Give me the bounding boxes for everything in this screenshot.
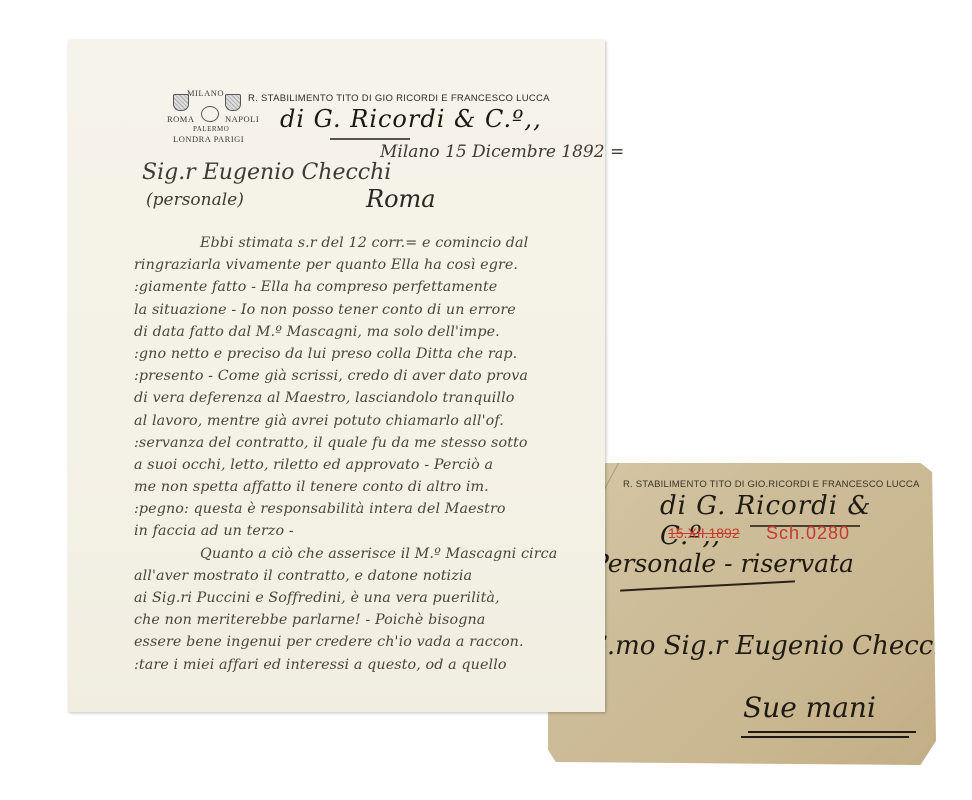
medal-icon — [201, 106, 219, 122]
letter-body-line: in faccia ad un terzo - — [134, 523, 604, 545]
letterhead-firm-name: di G. Ricordi & C.º,, — [280, 105, 542, 133]
letter-body-line: che non meriterebbe parlarne! - Poichè b… — [134, 612, 604, 634]
letter-body-line: :tare i miei affari ed interessi a quest… — [134, 657, 604, 679]
letterhead-line: R. STABILIMENTO TITO DI GIO RICORDI E FR… — [248, 93, 550, 104]
letter-body-line: al lavoro, mentre già avrei potuto chiam… — [134, 413, 604, 435]
envelope-red-struck-date: 15.XII.1892 — [668, 525, 740, 541]
envelope-marking-underline — [620, 580, 795, 591]
envelope-delivery-underline — [748, 731, 916, 733]
letter-body-line: all'aver mostrato il contratto, e datone… — [134, 568, 604, 590]
letter-salutation: Sig.r Eugenio Checchi — [142, 160, 391, 185]
letter-body-line: :servanza del contratto, il quale fu da … — [134, 435, 604, 457]
letter-date: Milano 15 Dicembre 1892 = — [380, 142, 624, 162]
letter-body-line: ringraziarla vivamente per quanto Ella h… — [134, 257, 604, 279]
crest-emblem: MILANO ROMA NAPOLI PALERMO LONDRA PARIGI — [163, 88, 255, 146]
envelope-letterhead-line: R. STABILIMENTO TITO DI GIO.RICORDI E FR… — [623, 479, 920, 490]
letter-body-line: :pegno: questa è responsabilità intera d… — [134, 501, 604, 523]
letter-body-line: me non spetta affatto il tenere conto di… — [134, 479, 604, 501]
crest-city-londra-parigi: LONDRA PARIGI — [173, 134, 244, 144]
crest-city-roma: ROMA — [167, 114, 195, 124]
letter-personal-note: (personale) — [146, 190, 244, 210]
letter: MILANO ROMA NAPOLI PALERMO LONDRA PARIGI… — [68, 40, 605, 712]
letter-body-line: a suoi occhi, letto, riletto ed approvat… — [134, 457, 604, 479]
envelope-marking: Personale - riservata — [592, 549, 854, 578]
letter-body: Ebbi stimata s.r del 12 corr.= e cominci… — [134, 235, 604, 679]
crest-city-milano: MILANO — [187, 88, 224, 98]
letter-body-line: :presento - Come già scrissi, credo di a… — [134, 368, 604, 390]
envelope-delivery-underline-2 — [741, 736, 909, 738]
crest-city-palermo: PALERMO — [193, 125, 229, 133]
letter-body-line: la situazione - Io non posso tener conto… — [134, 302, 604, 324]
letter-city: Roma — [366, 185, 436, 213]
letter-body-line: di data fatto dal M.º Mascagni, ma solo … — [134, 324, 604, 346]
envelope-delivery-note: Sue mani — [743, 691, 876, 724]
shield-icon — [225, 94, 241, 111]
letter-body-line: :giamente fatto - Ella ha compreso perfe… — [134, 279, 604, 301]
envelope-addressee: S.mo Sig.r Eugenio Checchi — [590, 631, 958, 661]
letter-body-line: :gno netto e preciso da lui preso colla … — [134, 346, 604, 368]
letter-body-line: Ebbi stimata s.r del 12 corr.= e cominci… — [134, 235, 604, 257]
envelope: R. STABILIMENTO TITO DI GIO.RICORDI E FR… — [548, 463, 936, 765]
envelope-red-reference: Sch.0280 — [766, 523, 850, 544]
letterhead-rule — [330, 138, 410, 140]
letter-body-line: ai Sig.ri Puccini e Soffredini, è una ve… — [134, 590, 604, 612]
letter-body-line: Quanto a ciò che asserisce il M.º Mascag… — [134, 546, 604, 568]
crest-city-napoli: NAPOLI — [225, 114, 259, 124]
letter-body-line: di vera deferenza al Maestro, lasciandol… — [134, 390, 604, 412]
letter-body-line: essere bene ingenui per credere ch'io va… — [134, 634, 604, 656]
